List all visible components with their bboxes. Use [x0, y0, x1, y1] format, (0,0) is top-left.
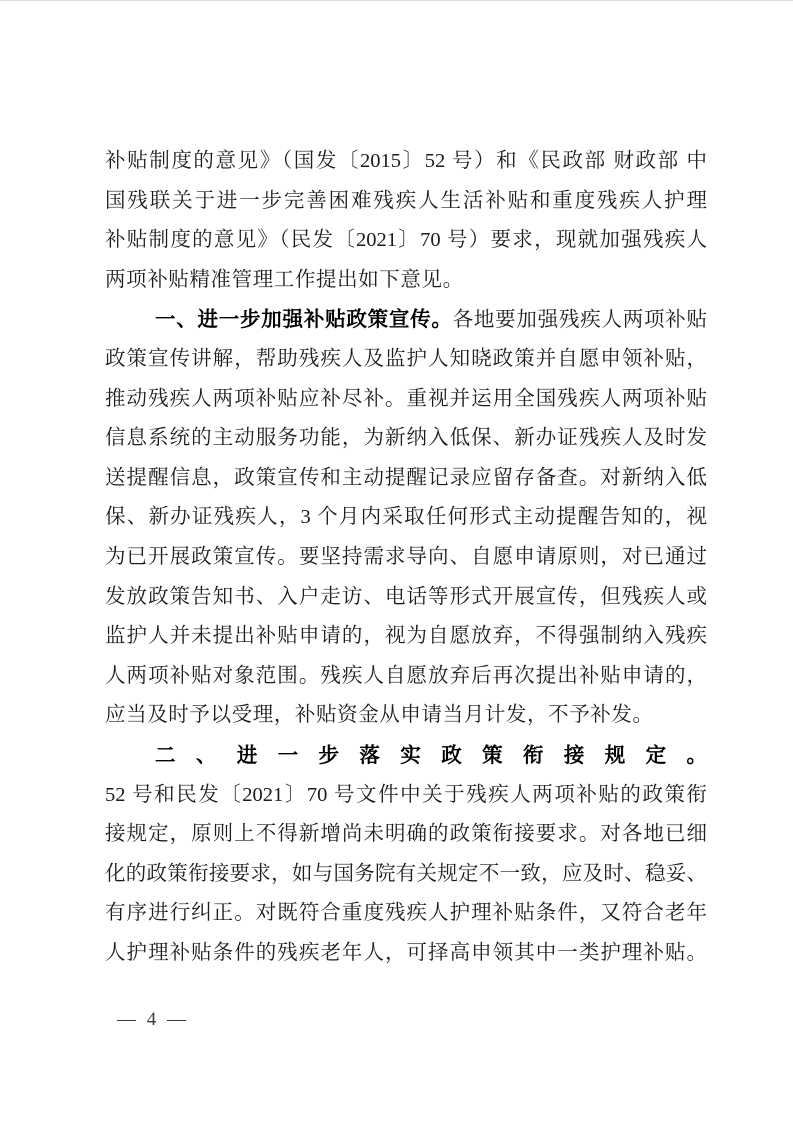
page-number: — 4 — [117, 1006, 189, 1034]
line-text: 各地要加强残疾人两项补贴 [453, 309, 707, 331]
line-text: 补贴制度的意见》（国发〔2015〕52 号）和《民政部 财政部 中 [105, 150, 707, 172]
line-text: 补贴制度的意见》（民发〔2021〕70 号）要求，现就加强残疾人 [105, 229, 707, 251]
line-text: 接规定，原则上不得新增尚未明确的政策衔接要求。对各地已细 [105, 823, 707, 845]
line-text: 为已开展政策宣传。要坚持需求导向、自愿申请原则，对已通过 [105, 546, 707, 568]
text-line: 为已开展政策宣传。要坚持需求导向、自愿申请原则，对已通过 [105, 538, 707, 578]
text-line: 监护人并未提出补贴申请的，视为自愿放弃，不得强制纳入残疾 [105, 617, 707, 657]
text-line: 人两项补贴对象范围。残疾人自愿放弃后再次提出补贴申请的， [105, 657, 707, 697]
text-line: 补贴制度的意见》（国发〔2015〕52 号）和《民政部 财政部 中 [105, 142, 707, 182]
text-line: 保、新办证残疾人，3 个月内采取任何形式主动提醒告知的，视 [105, 498, 707, 538]
line-text: 52 号和民发〔2021〕70 号文件中关于残疾人两项补贴的政策衔 [105, 784, 707, 806]
text-line: 应当及时予以受理，补贴资金从申请当月计发，不予补发。 [105, 696, 707, 736]
text-line: 推动残疾人两项补贴应补尽补。重视并运用全国残疾人两项补贴 [105, 380, 707, 420]
line-text: 送提醒信息，政策宣传和主动提醒记录应留存备查。对新纳入低 [105, 467, 707, 489]
text-line: 接规定，原则上不得新增尚未明确的政策衔接要求。对各地已细 [105, 815, 707, 855]
line-text: 政策宣传讲解，帮助残疾人及监护人知晓政策并自愿申领补贴， [105, 348, 707, 370]
line-text: 信息系统的主动服务功能，为新纳入低保、新办证残疾人及时发 [105, 427, 707, 449]
document-text: 补贴制度的意见》（国发〔2015〕52 号）和《民政部 财政部 中国残联关于进一… [105, 142, 707, 973]
text-line: 化的政策衔接要求，如与国务院有关规定不一致，应及时、稳妥、 [105, 855, 707, 895]
text-line: 52 号和民发〔2021〕70 号文件中关于残疾人两项补贴的政策衔 [105, 776, 707, 816]
text-line: 政策宣传讲解，帮助残疾人及监护人知晓政策并自愿申领补贴， [105, 340, 707, 380]
line-text: 发放政策告知书、入户走访、电话等形式开展宣传，但残疾人或 [105, 586, 707, 608]
line-text: 有序进行纠正。对既符合重度残疾人护理补贴条件，又符合老年 [105, 902, 707, 924]
text-line: 有序进行纠正。对既符合重度残疾人护理补贴条件，又符合老年 [105, 894, 707, 934]
text-line: 国残联关于进一步完善困难残疾人生活补贴和重度残疾人护理 [105, 182, 707, 222]
text-line: 发放政策告知书、入户走访、电话等形式开展宣传，但残疾人或 [105, 578, 707, 618]
text-line: 送提醒信息，政策宣传和主动提醒记录应留存备查。对新纳入低 [105, 459, 707, 499]
document-page: 补贴制度的意见》（国发〔2015〕52 号）和《民政部 财政部 中国残联关于进一… [0, 0, 793, 1122]
line-text: 人两项补贴对象范围。残疾人自愿放弃后再次提出补贴申请的， [105, 665, 707, 687]
line-text: 保、新办证残疾人，3 个月内采取任何形式主动提醒告知的，视 [105, 506, 707, 528]
line-text: 推动残疾人两项补贴应补尽补。重视并运用全国残疾人两项补贴 [105, 388, 707, 410]
section-heading: 一、进一步加强补贴政策宣传。 [155, 308, 453, 331]
line-text: 国残联关于进一步完善困难残疾人生活补贴和重度残疾人护理 [105, 190, 707, 212]
section-heading-line: 一、进一步加强补贴政策宣传。各地要加强残疾人两项补贴 [105, 300, 707, 340]
line-text: 应当及时予以受理，补贴资金从申请当月计发，不予补发。 [105, 704, 654, 726]
text-line: 人护理补贴条件的残疾老年人，可择高申领其中一类护理补贴。 [105, 934, 707, 974]
line-text: 人护理补贴条件的残疾老年人，可择高申领其中一类护理补贴。 [105, 942, 707, 964]
line-text: 监护人并未提出补贴申请的，视为自愿放弃，不得强制纳入残疾 [105, 625, 707, 647]
line-text: 化的政策衔接要求，如与国务院有关规定不一致，应及时、稳妥、 [105, 863, 707, 885]
text-line: 信息系统的主动服务功能，为新纳入低保、新办证残疾人及时发 [105, 419, 707, 459]
line-text: 两项补贴精准管理工作提出如下意见。 [105, 269, 464, 291]
text-line: 两项补贴精准管理工作提出如下意见。 [105, 261, 707, 301]
section-heading-line: 二、进一步落实政策衔接规定。各地要严格落实国发〔2015〕 [105, 736, 707, 776]
text-line: 补贴制度的意见》（民发〔2021〕70 号）要求，现就加强残疾人 [105, 221, 707, 261]
section-heading: 二、进一步落实政策衔接规定。 [155, 744, 707, 767]
